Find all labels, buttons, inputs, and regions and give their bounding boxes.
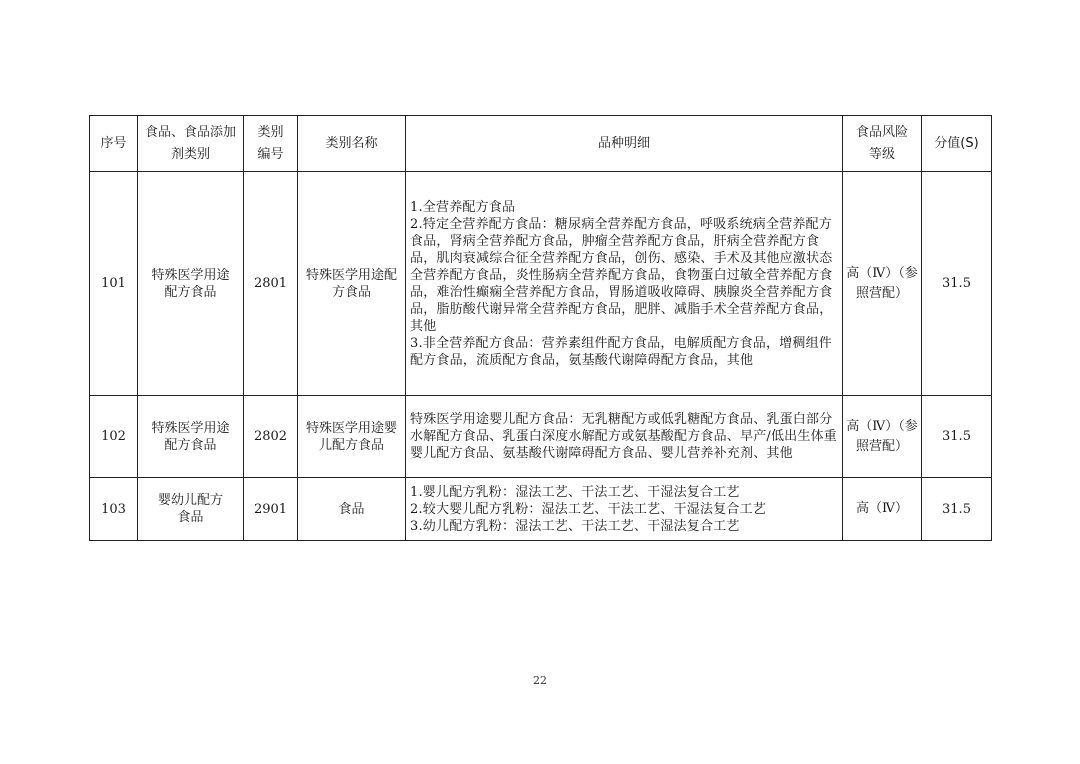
details-cell: 特殊医学用途婴儿配方食品：无乳糖配方或低乳糖配方食品、乳蛋白部分水解配方食品、乳… <box>406 396 843 478</box>
category-name-cell: 食品 <box>298 478 406 541</box>
code-cell: 2802 <box>244 396 298 478</box>
detail-line: 1.婴儿配方乳粉：湿法工艺、干法工艺、干湿法复合工艺 <box>410 484 838 501</box>
header-risk-level: 食品风险等级 <box>843 116 922 172</box>
page-number: 22 <box>0 674 1080 687</box>
header-row: 序号 食品、食品添加剂类别 类别编号 类别名称 品种明细 食品风险等级 分值(S… <box>90 116 992 172</box>
category-cell: 特殊医学用途配方食品 <box>138 172 244 396</box>
detail-line: 1.全营养配方食品 <box>410 199 838 216</box>
header-details: 品种明细 <box>406 116 843 172</box>
category-name-cell: 特殊医学用途婴儿配方食品 <box>298 396 406 478</box>
table-row: 102 特殊医学用途配方食品 2802 特殊医学用途婴儿配方食品 特殊医学用途婴… <box>90 396 992 478</box>
food-risk-table: 序号 食品、食品添加剂类别 类别编号 类别名称 品种明细 食品风险等级 分值(S… <box>89 115 992 541</box>
detail-line: 2.较大婴儿配方乳粉：湿法工艺、干法工艺、干湿法复合工艺 <box>410 501 838 518</box>
header-seq: 序号 <box>90 116 138 172</box>
score-cell: 31.5 <box>922 478 992 541</box>
table-row: 101 特殊医学用途配方食品 2801 特殊医学用途配方食品 1.全营养配方食品… <box>90 172 992 396</box>
detail-line: 2.特定全营养配方食品：糖尿病全营养配方食品，呼吸系统病全营养配方食品，肾病全营… <box>410 216 838 335</box>
header-category: 食品、食品添加剂类别 <box>138 116 244 172</box>
detail-line: 3.幼儿配方乳粉：湿法工艺、干法工艺、干湿法复合工艺 <box>410 518 838 535</box>
risk-level-cell: 高（Ⅳ）（参照营配） <box>843 172 922 396</box>
score-cell: 31.5 <box>922 396 992 478</box>
category-cell: 婴幼儿配方食品 <box>138 478 244 541</box>
seq-cell: 102 <box>90 396 138 478</box>
code-cell: 2801 <box>244 172 298 396</box>
details-cell: 1.全营养配方食品 2.特定全营养配方食品：糖尿病全营养配方食品，呼吸系统病全营… <box>406 172 843 396</box>
header-code: 类别编号 <box>244 116 298 172</box>
details-cell: 1.婴儿配方乳粉：湿法工艺、干法工艺、干湿法复合工艺 2.较大婴儿配方乳粉：湿法… <box>406 478 843 541</box>
category-name-cell: 特殊医学用途配方食品 <box>298 172 406 396</box>
header-score: 分值(S) <box>922 116 992 172</box>
table-row: 103 婴幼儿配方食品 2901 食品 1.婴儿配方乳粉：湿法工艺、干法工艺、干… <box>90 478 992 541</box>
detail-line: 3.非全营养配方食品：营养素组件配方食品，电解质配方食品，增稠组件配方食品，流质… <box>410 335 838 369</box>
score-cell: 31.5 <box>922 172 992 396</box>
detail-line: 特殊医学用途婴儿配方食品：无乳糖配方或低乳糖配方食品、乳蛋白部分水解配方食品、乳… <box>410 411 838 462</box>
header-category-name: 类别名称 <box>298 116 406 172</box>
risk-level-cell: 高（Ⅳ）（参照营配） <box>843 396 922 478</box>
category-cell: 特殊医学用途配方食品 <box>138 396 244 478</box>
seq-cell: 101 <box>90 172 138 396</box>
risk-level-cell: 高（Ⅳ） <box>843 478 922 541</box>
seq-cell: 103 <box>90 478 138 541</box>
code-cell: 2901 <box>244 478 298 541</box>
